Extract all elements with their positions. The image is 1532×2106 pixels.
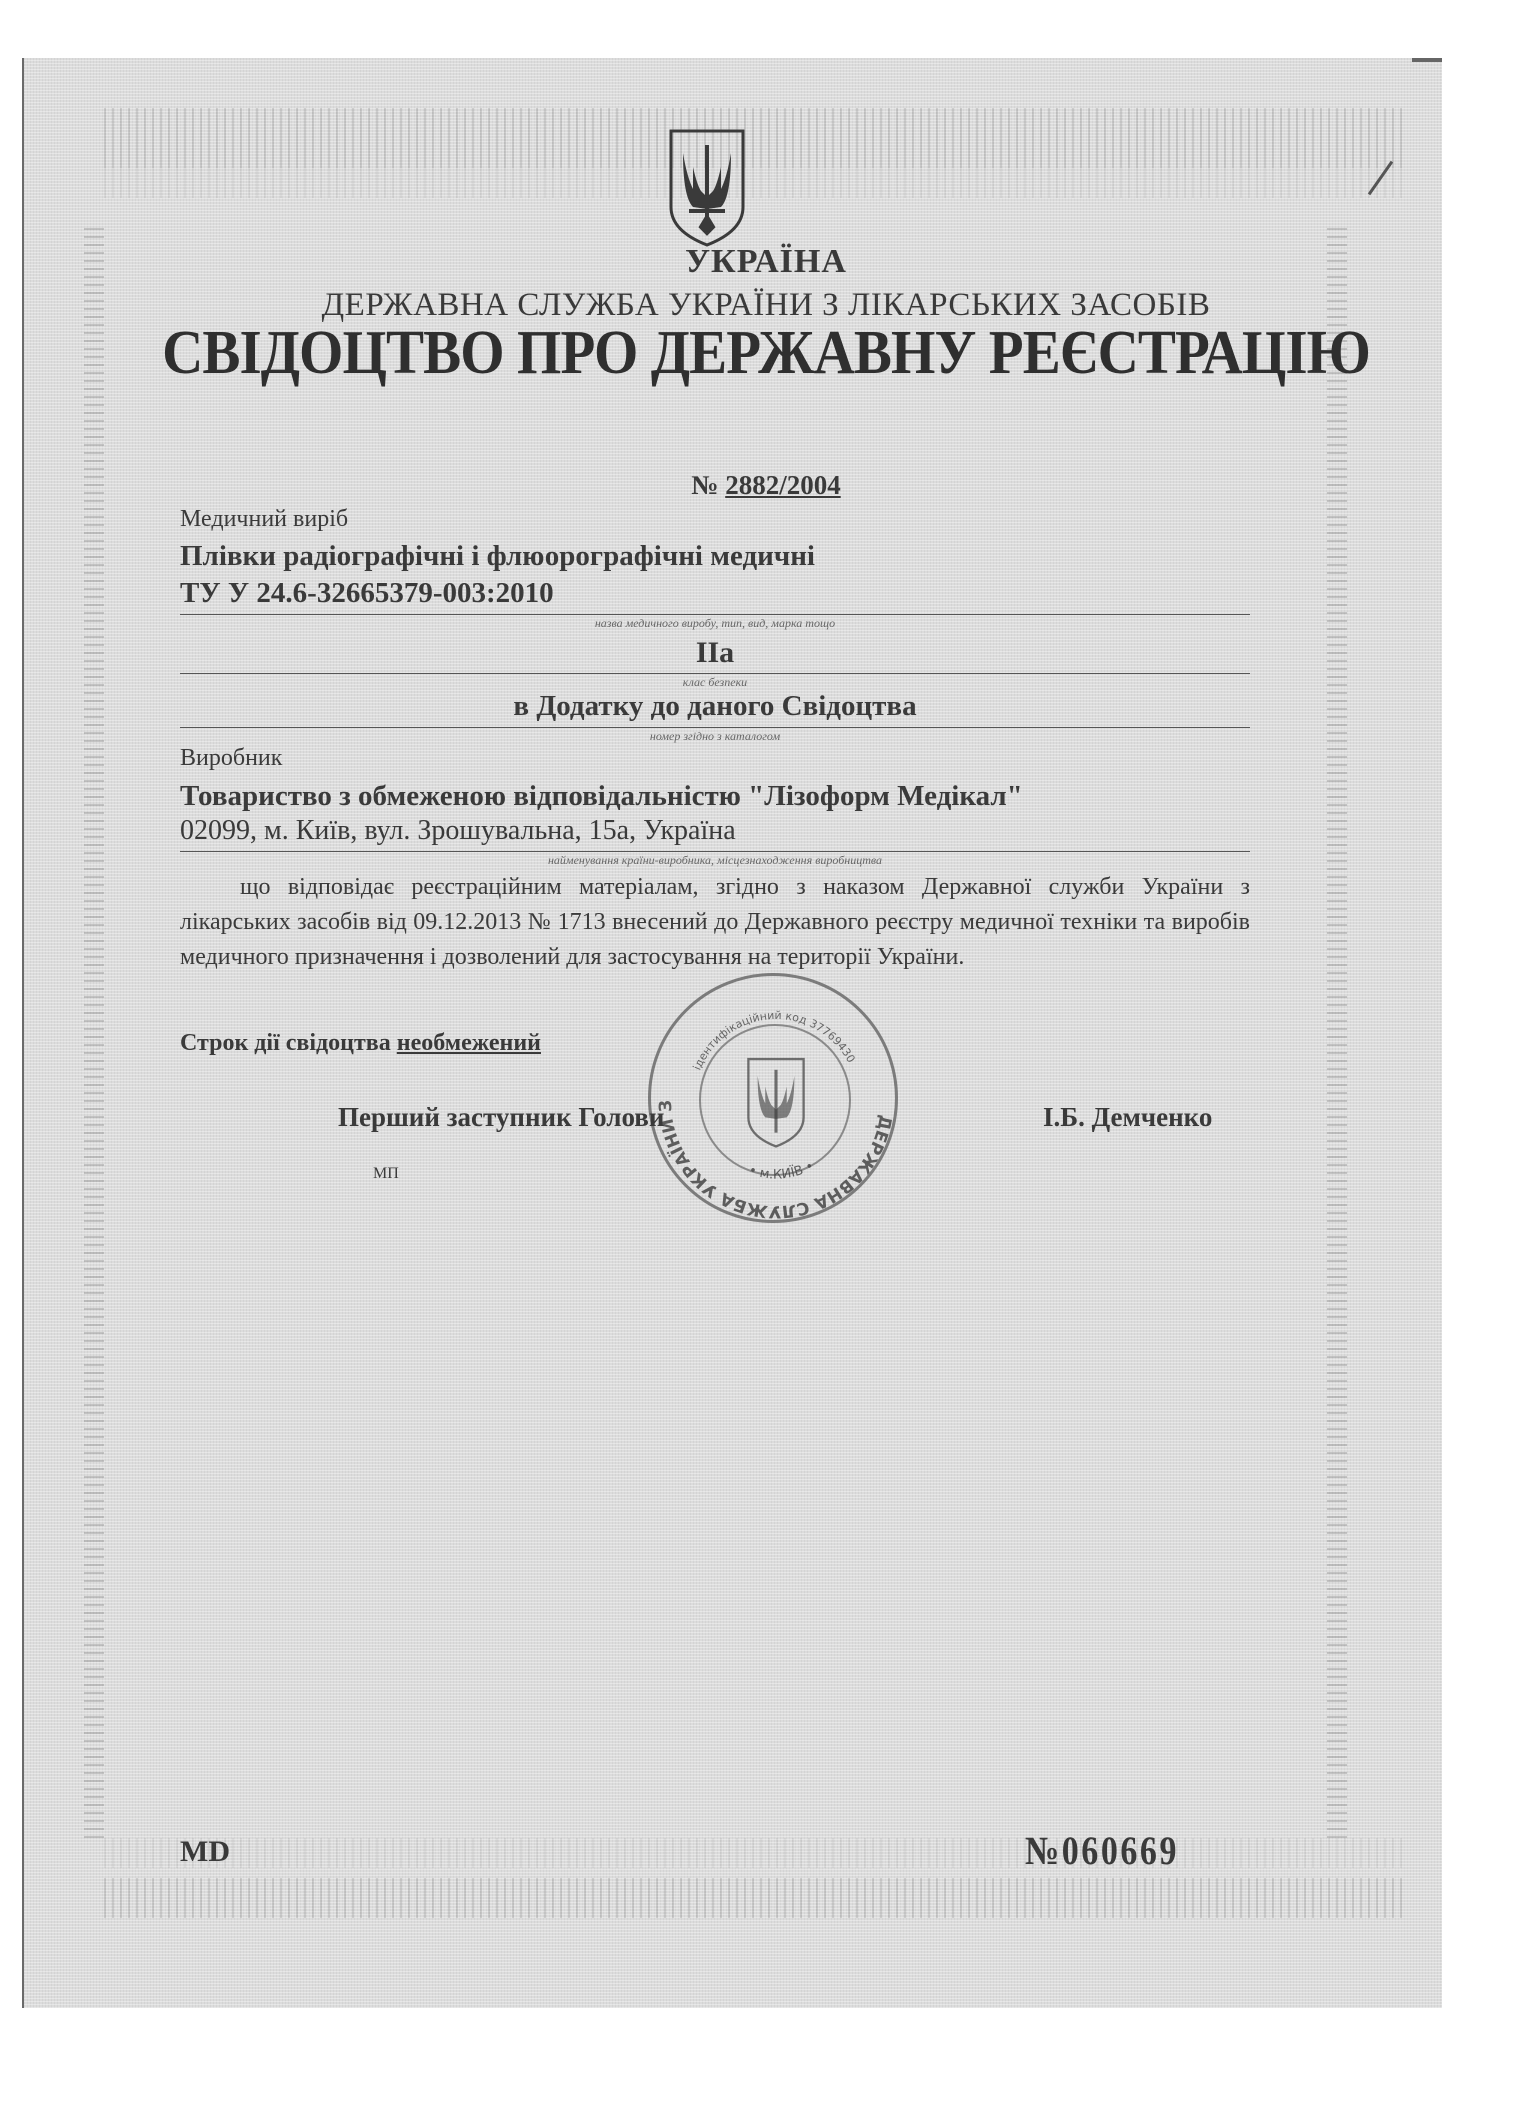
catalog-reference: в Додатку до даного Свідоцтва: [180, 690, 1250, 723]
validity-term: Строк дії свідоцтва необмежений: [180, 1030, 541, 1057]
scan-corner-mark: [1412, 58, 1442, 62]
security-border-bottom-inner: [104, 1838, 1402, 1868]
manufacturer-label: Виробник: [180, 745, 282, 772]
signer-name: І.Б. Демченко: [1043, 1102, 1212, 1133]
divider: [180, 851, 1250, 852]
safety-class: IIa: [180, 636, 1250, 670]
divider: [180, 614, 1250, 615]
manufacturer-address: 02099, м. Київ, вул. Зрошувальна, 15а, У…: [180, 815, 736, 847]
manufacturer-name: Товариство з обмеженою відповідальністю …: [180, 780, 1023, 813]
manufacturer-caption: найменування країни-виробника, місцезнах…: [180, 853, 1250, 868]
signer-position: Перший заступник Голови: [338, 1102, 664, 1133]
registration-statement: що відповідає реєстраційним матеріалам, …: [180, 870, 1250, 975]
product-label: Медичний виріб: [180, 506, 348, 533]
security-border-bottom: [104, 1878, 1402, 1918]
seal-trident-icon: [743, 1056, 809, 1148]
validity-value: необмежений: [397, 1030, 541, 1056]
trident-coat-of-arms-icon: [667, 127, 747, 247]
country-name: УКРАЇНА: [0, 243, 1532, 281]
form-serial-number: №060669: [1025, 1827, 1179, 1874]
security-border-top-inner: [104, 168, 1402, 198]
form-series: MD: [180, 1835, 230, 1869]
number-prefix: №: [691, 470, 725, 500]
product-name-caption: назва медичного виробу, тип, вид, марка …: [180, 616, 1250, 631]
divider: [180, 727, 1250, 728]
security-border-top: [104, 108, 1402, 168]
document-title: СВІДОЦТВО ПРО ДЕРЖАВНУ РЕЄСТРАЦІЮ: [61, 318, 1470, 389]
product-spec: ТУ У 24.6-32665379-003:2010: [180, 577, 554, 610]
safety-class-caption: клас безпеки: [180, 675, 1250, 690]
seal-place-label: МП: [373, 1165, 399, 1183]
divider: [180, 673, 1250, 674]
product-name: Плівки радіографічні і флюорографічні ме…: [180, 540, 815, 573]
official-seal: ДЕРЖАВНА СЛУЖБА УКРАЇНИ З ЛІКАРСЬКИХ ЗАС…: [648, 973, 898, 1223]
number-value: 2882/2004: [725, 470, 841, 500]
certificate-number: № 2882/2004: [0, 470, 1532, 501]
validity-label: Строк дії свідоцтва: [180, 1030, 397, 1056]
catalog-caption: номер згідно з каталогом: [180, 729, 1250, 744]
